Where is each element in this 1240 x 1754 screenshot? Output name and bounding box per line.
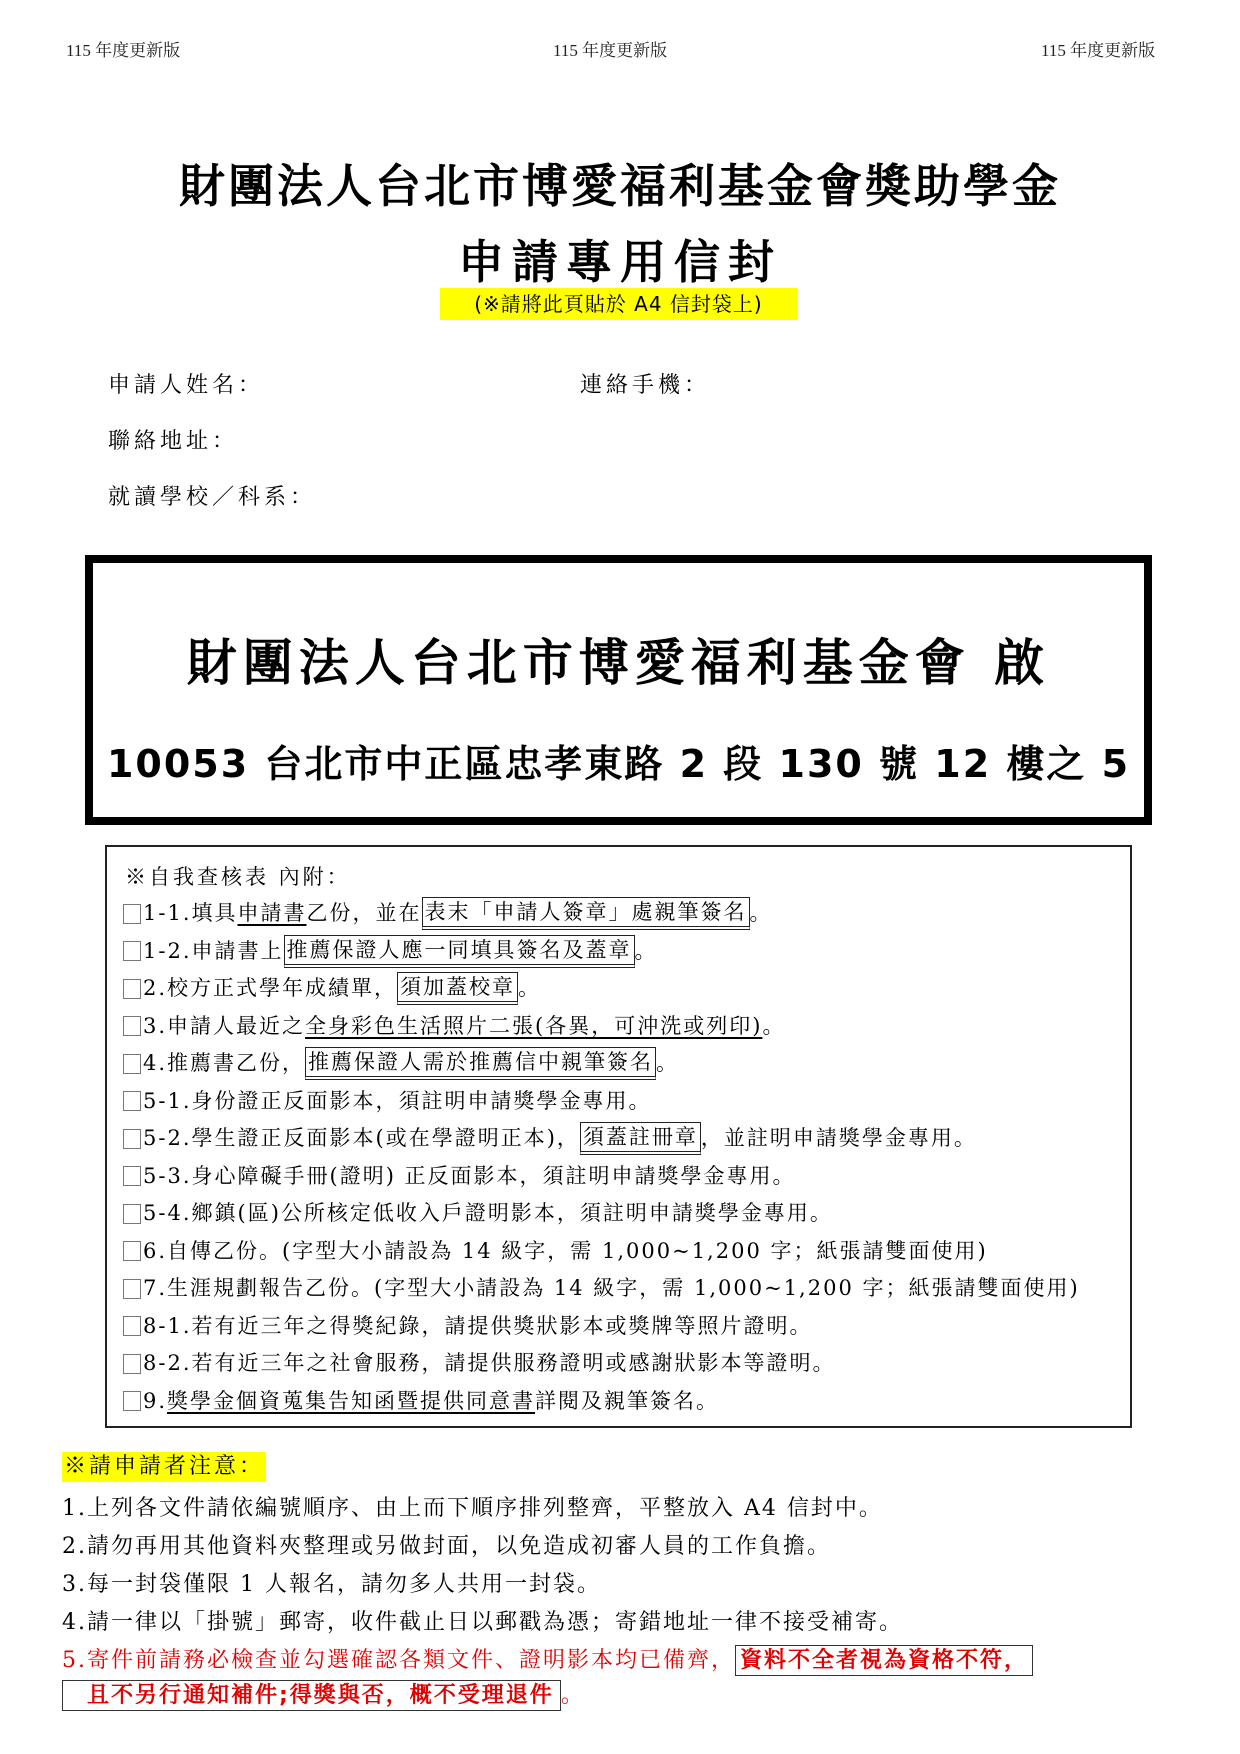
- item-text: 鄉鎮(區)公所核定低收入戶證明影本，須註明申請獎學金專用。: [192, 1195, 833, 1233]
- notice-list: 1.上列各文件請依編號順序、由上而下順序排列整齊，平整放入 A4 信封中。 2.…: [62, 1490, 1033, 1680]
- checklist-item: 5-3.身心障礙手冊(證明) 正反面影本，須註明申請獎學金專用。: [123, 1158, 1080, 1196]
- notice-item: 4.請一律以「掛號」郵寄，收件截止日以郵戳為憑；寄錯地址一律不接受補寄。: [62, 1604, 1033, 1642]
- item-text: 學生證正反面影本(或在學證明正本)，: [192, 1120, 580, 1158]
- phone-label: 連絡手機：: [580, 368, 710, 399]
- checkbox[interactable]: [123, 1391, 141, 1411]
- item-text: 若有近三年之社會服務，請提供服務證明或感謝狀影本等證明。: [192, 1345, 836, 1383]
- checkbox[interactable]: [123, 1354, 141, 1374]
- checklist-item: 5-1.身份證正反面影本，須註明申請獎學金專用。: [123, 1083, 1080, 1121]
- header-version-right: 115 年度更新版: [1041, 36, 1155, 61]
- checklist-item: 1-1.填具申請書乙份，並在表末「申請人簽章」處親筆簽名。: [123, 895, 1080, 933]
- item-number: 1-2.: [143, 933, 192, 971]
- notice-warning-continued: 且不另行通知補件;得獎與否，概不受理退件。: [62, 1678, 585, 1709]
- warning-tail: 。: [561, 1683, 585, 1708]
- item-number: 8-1.: [143, 1308, 192, 1346]
- item-text: 。: [762, 1008, 785, 1046]
- address-label: 聯絡地址：: [108, 424, 238, 455]
- header-version-center: 115 年度更新版: [553, 36, 667, 61]
- page-title: 財團法人台北市博愛福利基金會獎助學金: [0, 150, 1240, 216]
- item-number: 1-1.: [143, 895, 192, 933]
- checklist-item: 5-2.學生證正反面影本(或在學證明正本)，須蓋註冊章，並註明申請獎學金專用。: [123, 1120, 1080, 1158]
- checkbox[interactable]: [123, 904, 141, 924]
- item-number: 7.: [143, 1270, 167, 1308]
- checklist-item: 3.申請人最近之全身彩色生活照片二張(各異，可沖洗或列印)。: [123, 1008, 1080, 1046]
- item-number: 2.: [143, 970, 167, 1008]
- item-text: 生涯規劃報告乙份。(字型大小請設為 14 級字，需 1,000~1,200 字；…: [167, 1270, 1080, 1308]
- item-number: 5-4.: [143, 1195, 192, 1233]
- recipient-org: 財團法人台北市博愛福利基金會 啟: [93, 623, 1144, 695]
- emphasis-boxed: 須加蓋校章: [397, 972, 518, 1005]
- item-text: 身心障礙手冊(證明) 正反面影本，須註明申請獎學金專用。: [192, 1158, 796, 1196]
- checkbox[interactable]: [123, 1279, 141, 1299]
- self-check-table: ※自我查核表 內附： 1-1.填具申請書乙份，並在表末「申請人簽章」處親筆簽名。…: [105, 845, 1132, 1428]
- checkbox[interactable]: [123, 1129, 141, 1149]
- notice-item-warning: 5.寄件前請務必檢查並勾選確認各類文件、證明影本均已備齊，資料不全者視為資格不符…: [62, 1642, 1033, 1680]
- checkbox[interactable]: [123, 1204, 141, 1224]
- checkbox[interactable]: [123, 979, 141, 999]
- checklist-item: 7.生涯規劃報告乙份。(字型大小請設為 14 級字，需 1,000~1,200 …: [123, 1270, 1080, 1308]
- item-text: 身份證正反面影本，須註明申請獎學金專用。: [192, 1083, 652, 1121]
- page-subtitle: 申請專用信封: [0, 226, 1240, 292]
- item-text: 自傳乙份。(字型大小請設為 14 級字，需 1,000~1,200 字；紙張請雙…: [167, 1233, 988, 1271]
- checkbox[interactable]: [123, 1241, 141, 1261]
- emphasis-underline: 申請書: [238, 895, 307, 933]
- checklist-item: 9.獎學金個資蒐集告知函暨提供同意書詳閱及親筆簽名。: [123, 1383, 1080, 1421]
- item-text: 推薦書乙份，: [167, 1045, 305, 1083]
- recipient-address-box: 財團法人台北市博愛福利基金會 啟 10053 台北市中正區忠孝東路 2 段 13…: [85, 555, 1152, 825]
- applicant-name-label: 申請人姓名：: [108, 368, 264, 399]
- item-text: 若有近三年之得獎紀錄，請提供獎狀影本或獎牌等照片證明。: [192, 1308, 813, 1346]
- item-number: 3.: [143, 1008, 167, 1046]
- emphasis-boxed: 須蓋註冊章: [580, 1122, 701, 1155]
- emphasis-underline: 獎學金個資蒐集告知函暨提供同意書: [167, 1383, 535, 1421]
- header-version-left: 115 年度更新版: [66, 36, 180, 61]
- checkbox[interactable]: [123, 941, 141, 961]
- checkbox[interactable]: [123, 1316, 141, 1336]
- checklist-item: 8-2.若有近三年之社會服務，請提供服務證明或感謝狀影本等證明。: [123, 1345, 1080, 1383]
- emphasis-boxed: 推薦保證人應一同填具簽名及蓋章: [284, 935, 635, 968]
- recipient-address: 10053 台北市中正區忠孝東路 2 段 130 號 12 樓之 5: [93, 733, 1144, 788]
- item-text: 校方正式學年成績單，: [167, 970, 397, 1008]
- item-text: 申請書上: [192, 933, 284, 971]
- item-number: 6.: [143, 1233, 167, 1271]
- item-text: 申請人最近之: [167, 1008, 305, 1046]
- checklist-title: ※自我查核表 內附：: [125, 861, 351, 891]
- checklist-item: 6.自傳乙份。(字型大小請設為 14 級字，需 1,000~1,200 字；紙張…: [123, 1233, 1080, 1271]
- item-text: 詳閱及親筆簽名。: [535, 1383, 719, 1421]
- checklist-item: 8-1.若有近三年之得獎紀錄，請提供獎狀影本或獎牌等照片證明。: [123, 1308, 1080, 1346]
- checklist-item: 4.推薦書乙份，推薦保證人需於推薦信中親筆簽名。: [123, 1045, 1080, 1083]
- school-dept-label: 就讀學校／科系：: [108, 480, 316, 511]
- item-number: 8-2.: [143, 1345, 192, 1383]
- warning-boxed-text: 資料不全者視為資格不符，: [735, 1645, 1033, 1676]
- checkbox[interactable]: [123, 1091, 141, 1111]
- item-text: 。: [635, 933, 658, 971]
- item-text: 填具: [192, 895, 238, 933]
- item-text: 。: [750, 895, 773, 933]
- item-text: 乙份，並在: [307, 895, 422, 933]
- checkbox[interactable]: [123, 1166, 141, 1186]
- checklist-item: 1-2.申請書上推薦保證人應一同填具簽名及蓋章。: [123, 933, 1080, 971]
- notice-item: 3.每一封袋僅限 1 人報名，請勿多人共用一封袋。: [62, 1566, 1033, 1604]
- emphasis-boxed: 表末「申請人簽章」處親筆簽名: [422, 897, 750, 930]
- notice-heading: ※請申請者注意：: [62, 1452, 266, 1482]
- item-text: ，並註明申請獎學金專用。: [701, 1120, 977, 1158]
- notice-item: 1.上列各文件請依編號順序、由上而下順序排列整齊，平整放入 A4 信封中。: [62, 1490, 1033, 1528]
- warning-boxed-text-2: 且不另行通知補件;得獎與否，概不受理退件: [62, 1680, 561, 1711]
- checklist-item: 5-4.鄉鎮(區)公所核定低收入戶證明影本，須註明申請獎學金專用。: [123, 1195, 1080, 1233]
- warning-lead: 5.寄件前請務必檢查並勾選確認各類文件、證明影本均已備齊，: [62, 1648, 735, 1673]
- emphasis-underline: 全身彩色生活照片二張(各異，可沖洗或列印): [305, 1008, 762, 1046]
- checkbox[interactable]: [123, 1054, 141, 1074]
- item-number: 5-1.: [143, 1083, 192, 1121]
- item-text: 。: [656, 1045, 679, 1083]
- item-number: 9.: [143, 1383, 167, 1421]
- checklist: 1-1.填具申請書乙份，並在表末「申請人簽章」處親筆簽名。1-2.申請書上推薦保…: [123, 895, 1080, 1420]
- emphasis-boxed: 推薦保證人需於推薦信中親筆簽名: [305, 1047, 656, 1080]
- paste-instruction-note: (※請將此頁貼於 A4 信封袋上): [440, 288, 797, 320]
- item-number: 4.: [143, 1045, 167, 1083]
- notice-item: 2.請勿再用其他資料夾整理或另做封面，以免造成初審人員的工作負擔。: [62, 1528, 1033, 1566]
- item-number: 5-3.: [143, 1158, 192, 1196]
- checkbox[interactable]: [123, 1016, 141, 1036]
- item-number: 5-2.: [143, 1120, 192, 1158]
- item-text: 。: [518, 970, 541, 1008]
- checklist-item: 2.校方正式學年成績單，須加蓋校章。: [123, 970, 1080, 1008]
